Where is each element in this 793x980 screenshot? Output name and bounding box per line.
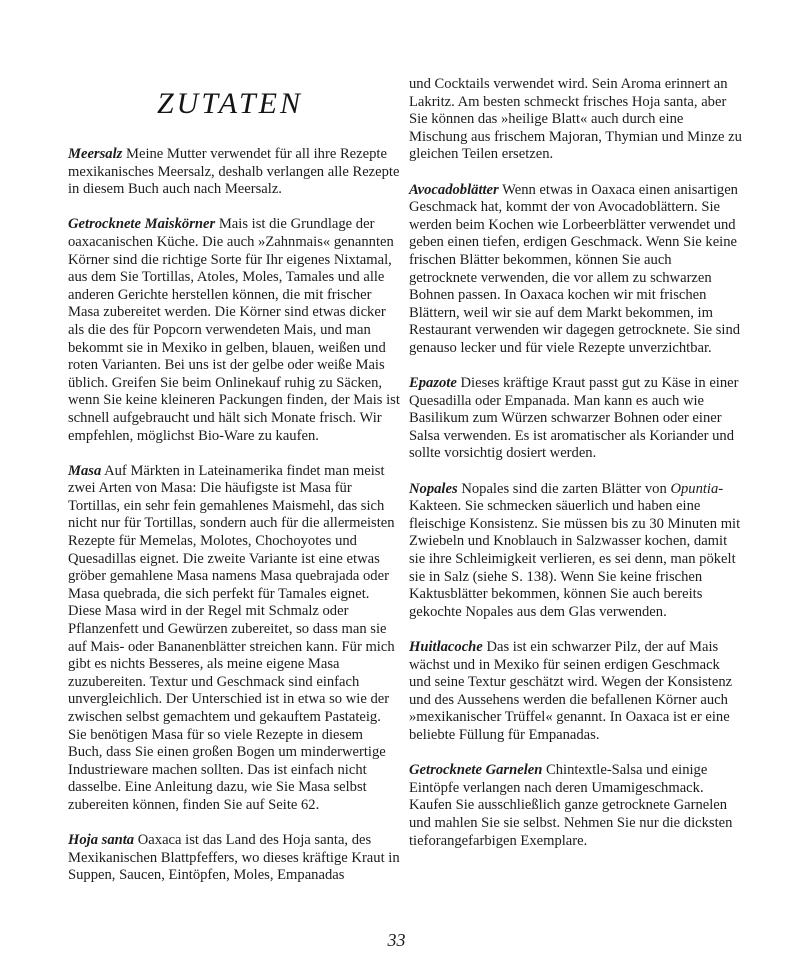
book-page: ZUTATEN Meersalz Meine Mutter verwendet …: [0, 0, 793, 980]
page-number: 33: [0, 930, 793, 951]
ingredient-term: Meersalz: [68, 146, 122, 162]
page-title: ZUTATEN: [64, 86, 396, 122]
paragraph-text: Mais ist die Grundlage der oaxacanischen…: [68, 216, 400, 443]
paragraph-huitlacoche: Huitlacoche Das ist ein schwarzer Pilz, …: [409, 639, 742, 745]
left-column: Meersalz Meine Mutter verwendet für all …: [68, 146, 400, 885]
latin-species-name: Opuntia: [670, 481, 718, 497]
ingredient-term: Getrocknete Maiskörner: [68, 216, 215, 232]
paragraph-text: Dieses kräftige Kraut passt gut zu Käse …: [409, 375, 739, 461]
ingredient-term: Avocadoblätter: [409, 182, 499, 198]
paragraph-avocadoblaetter: Avocadoblätter Wenn etwas in Oaxaca eine…: [409, 182, 742, 358]
paragraph-text: Nopales sind die zarten Blätter von: [461, 481, 670, 497]
right-column: und Cocktails verwendet wird. Sein Aroma…: [409, 76, 742, 850]
paragraph-text: -Kakteen. Sie schmecken säuerlich und ha…: [409, 481, 740, 620]
paragraph-text: Auf Märkten in Lateinamerika findet man …: [68, 463, 395, 813]
paragraph-masa: Masa Auf Märkten in Lateinamerika findet…: [68, 463, 400, 815]
paragraph-getrocknete-maiskoerner: Getrocknete Maiskörner Mais ist die Grun…: [68, 216, 400, 445]
ingredient-term: Masa: [68, 463, 101, 479]
paragraph-hoja-santa-continued: und Cocktails verwendet wird. Sein Aroma…: [409, 76, 742, 164]
paragraph-hoja-santa: Hoja santa Oaxaca ist das Land des Hoja …: [68, 832, 400, 885]
ingredient-term: Nopales: [409, 481, 458, 497]
ingredient-term: Epazote: [409, 375, 457, 391]
ingredient-term: Huitlacoche: [409, 639, 483, 655]
paragraph-getrocknete-garnelen: Getrocknete Garnelen Chintextle-Salsa un…: [409, 762, 742, 850]
paragraph-text: und Cocktails verwendet wird. Sein Aroma…: [409, 76, 742, 162]
paragraph-text: Wenn etwas in Oaxaca einen anisartigen G…: [409, 182, 740, 356]
ingredient-term: Hoja santa: [68, 832, 134, 848]
paragraph-epazote: Epazote Dieses kräftige Kraut passt gut …: [409, 375, 742, 463]
ingredient-term: Getrocknete Garnelen: [409, 762, 542, 778]
paragraph-nopales: Nopales Nopales sind die zarten Blätter …: [409, 481, 742, 622]
paragraph-meersalz: Meersalz Meine Mutter verwendet für all …: [68, 146, 400, 199]
